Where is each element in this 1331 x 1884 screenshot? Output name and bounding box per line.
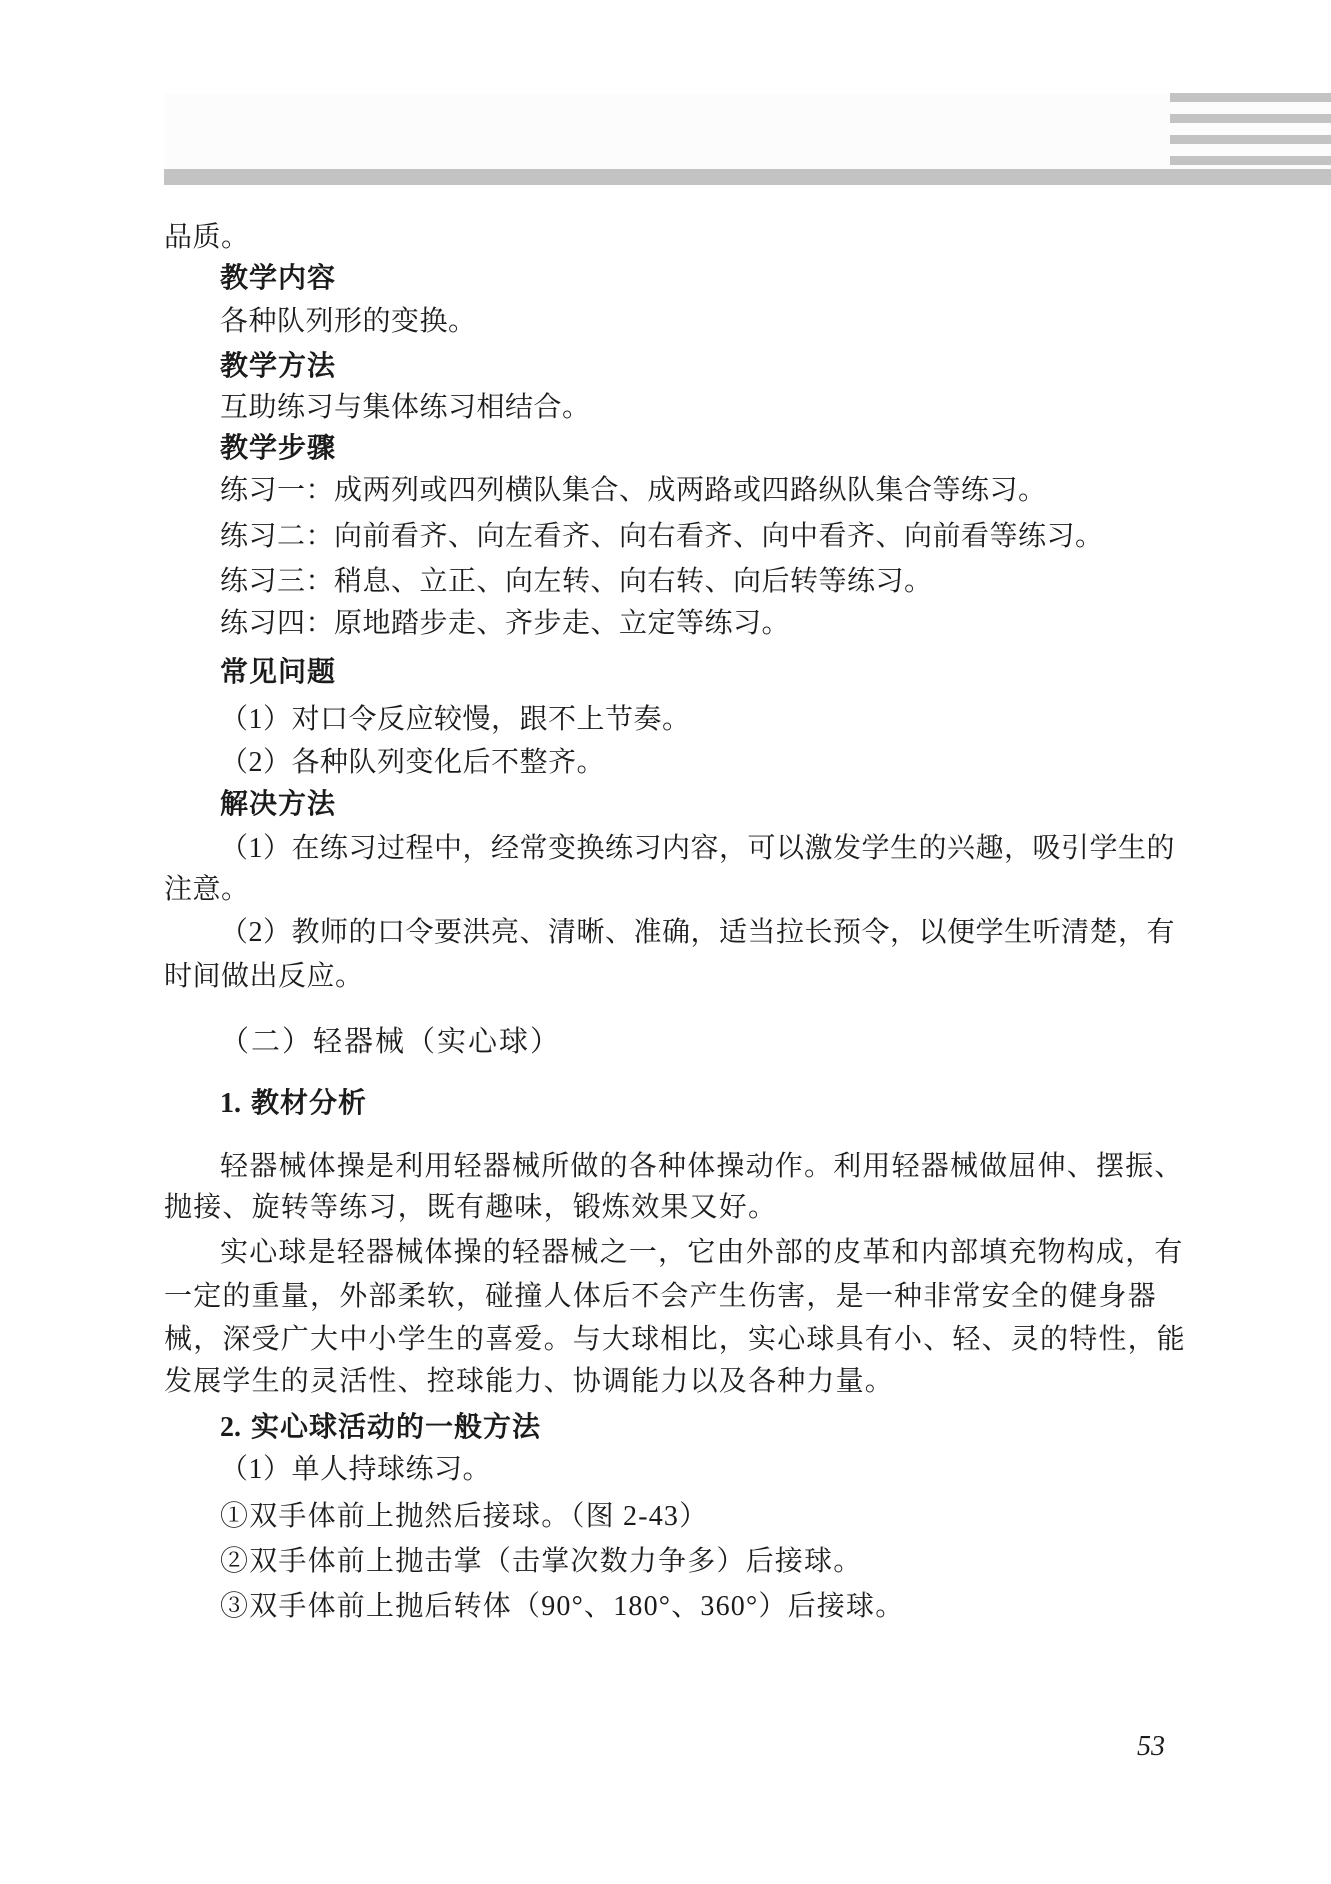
heading-number: 1.: [220, 1088, 241, 1119]
problem-item: （1）对口令反应较慢，跟不上节奏。: [220, 703, 691, 737]
document-page: 品质。 教学内容 各种队列形的变换。 教学方法 互助练习与集体练习相结合。 教学…: [0, 0, 1331, 1884]
section-heading-light-apparatus: （二）轻器械（实心球）: [220, 1025, 561, 1059]
numbered-heading-material-analysis: 1.教材分析: [220, 1086, 367, 1121]
body-line: 品质。: [164, 221, 250, 255]
heading-teaching-method: 教学方法: [220, 349, 336, 383]
page-number: 53: [1137, 1730, 1165, 1764]
heading-common-problems: 常见问题: [220, 655, 336, 689]
header-stripe: [1170, 114, 1331, 123]
heading-number: 2.: [220, 1412, 241, 1443]
exercise-line: 练习四：原地踏步走、齐步走、立定等练习。: [220, 607, 790, 641]
body-line: 一定的重量，外部柔软，碰撞人体后不会产生伤害，是一种非常安全的健身器: [164, 1280, 1157, 1314]
heading-solutions: 解决方法: [220, 787, 336, 821]
numbered-heading-solid-ball-methods: 2.实心球活动的一般方法: [220, 1410, 541, 1445]
body-line: 抛接、旋转等练习，既有趣味，锻炼效果又好。: [164, 1191, 777, 1225]
list-item: ②双手体前上抛击掌（击掌次数力争多）后接球。: [220, 1545, 862, 1579]
header-light-band: [164, 94, 1331, 169]
exercise-line: 练习二：向前看齐、向左看齐、向右看齐、向中看齐、向前看等练习。: [220, 520, 1104, 554]
header-stripe: [1170, 156, 1331, 165]
list-item: ③双手体前上抛后转体（90°、180°、360°）后接球。: [220, 1590, 904, 1624]
header-gray-band: [164, 169, 1331, 185]
exercise-line: 练习一：成两列或四列横队集合、成两路或四路纵队集合等练习。: [220, 474, 1047, 508]
body-line: 时间做出反应。: [164, 960, 364, 994]
body-line: 械，深受广大中小学生的喜爱。与大球相比，实心球具有小、轻、灵的特性，能: [164, 1323, 1186, 1357]
problem-item: （2）各种队列变化后不整齐。: [220, 746, 605, 780]
heading-teaching-steps: 教学步骤: [220, 431, 336, 465]
body-line: 实心球是轻器械体操的轻器械之一，它由外部的皮革和内部填充物构成，有: [220, 1236, 1184, 1270]
header-stripe: [1170, 135, 1331, 144]
list-item: （1）单人持球练习。: [220, 1453, 491, 1487]
body-line: 发展学生的灵活性、控球能力、协调能力以及各种力量。: [164, 1365, 894, 1399]
header-stripe: [1170, 93, 1331, 102]
heading-title: 实心球活动的一般方法: [251, 1411, 541, 1442]
exercise-line: 练习三：稍息、立正、向左转、向右转、向后转等练习。: [220, 565, 933, 599]
heading-teaching-content: 教学内容: [220, 261, 336, 295]
body-line: 互助练习与集体练习相结合。: [220, 391, 591, 425]
body-line: 轻器械体操是利用轻器械所做的各种体操动作。利用轻器械做屈伸、摆振、: [220, 1150, 1184, 1184]
heading-title: 教材分析: [251, 1087, 367, 1118]
solution-item: （2）教师的口令要洪亮、清晰、准确，适当拉长预令，以便学生听清楚，有: [220, 916, 1175, 950]
body-line: 各种队列形的变换。: [220, 305, 477, 339]
list-item: ①双手体前上抛然后接球。（图 2-43）: [220, 1500, 708, 1534]
solution-item: （1）在练习过程中，经常变换练习内容，可以激发学生的兴趣，吸引学生的: [220, 832, 1175, 866]
body-line: 注意。: [164, 873, 250, 907]
